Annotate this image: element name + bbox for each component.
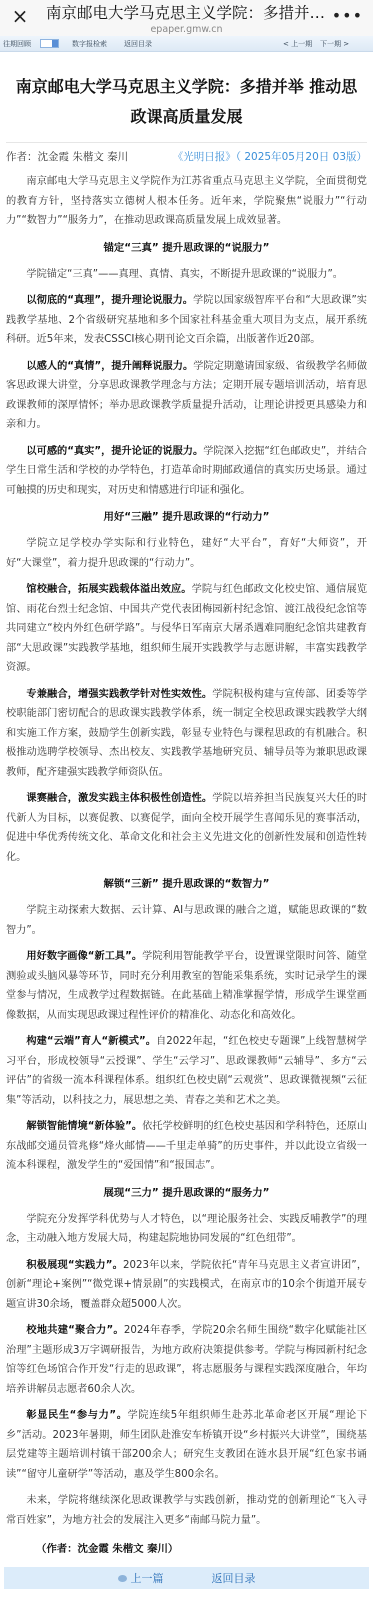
page-domain: epaper.gmw.cn	[0, 24, 373, 35]
paragraph-lead: 以可感的“真实”，提升论证的说服力。	[26, 446, 203, 457]
bottom-spacer	[0, 1589, 373, 1619]
past-review-link[interactable]: 往期回顾	[3, 39, 31, 49]
article-paragraph: 未来，学院将继续深化思政课教学与实践创新，推动党的创新理论“飞入寻常百姓家”，为…	[6, 1491, 367, 1530]
paragraph-text: 南京邮电大学马克思主义学院作为江苏省重点马克思主义学院，全面贯彻党的教育方针，坚…	[6, 176, 367, 226]
paragraph-text: 学院积极构建与宣传部、团委等学校职能部门密切配合的思政课实践教学体系，统一制定全…	[6, 689, 367, 778]
paragraph-text: 学院主动探索大数据、云计算、AI与思政课的融合之道，赋能思政课的“数智力”。	[6, 905, 367, 936]
article-paragraph: 南京邮电大学马克思主义学院作为江苏省重点马克思主义学院，全面贯彻党的教育方针，坚…	[6, 172, 367, 231]
paragraph-lead: 以感人的“真情”，提升阐释说服力。	[26, 361, 193, 372]
paragraph-text: 学院立足学校办学实际和行业特色，建好“大平台”，育好“大师资”，开好“大课堂”，…	[6, 538, 367, 569]
article-paragraph: 学院充分发挥学科优势与人才特色，以“理论服务社会、实践反哺教学”的理念，主动融入…	[6, 1210, 367, 1249]
article-paragraph: 以彻底的“真理”，提升理论说服力。学院以国家级智库平台和“大思政课”实践教学基地…	[6, 291, 367, 350]
back-to-index-link[interactable]: 返回目录	[124, 39, 152, 49]
paragraph-text: 学院锚定“三真”——真理、真情、真实，不断提升思政课的“说服力”。	[26, 269, 343, 280]
paragraph-text: 未来，学院将继续深化思政课教学与实践创新，推动党的创新理论“飞入寻常百姓家”，为…	[6, 1495, 367, 1526]
epaper-toolbar: 往期回顾 数字报检索 返回目录 < 上一期 下一期 >	[0, 36, 373, 52]
section-heading: 解锁“三新” 提升思政课的“数智力”	[6, 875, 367, 894]
article: 南京邮电大学马克思主义学院：多措并举 推动思政课高质量发展 作者：沈金霞 朱楷文…	[0, 72, 373, 1559]
more-options-icon[interactable]: •••	[332, 9, 363, 23]
paragraph-lead: 以彻底的“真理”，提升理论说服力。	[26, 295, 193, 306]
article-paragraph: 学院立足学校办学实际和行业特色，建好“大平台”，育好“大师资”，开好“大课堂”，…	[6, 534, 367, 573]
article-paragraph: 馆校融合，拓展实践载体溢出效应。学院与红色邮政文化校史馆、通信展览馆、雨花台烈士…	[6, 580, 367, 678]
paragraph-lead: 校地共建“聚合力”。	[26, 1325, 123, 1336]
article-paragraph: 彰显民生“参与力”。学院连续5年组织师生赴苏北革命老区开展“理论下乡”活动。20…	[6, 1406, 367, 1484]
paragraph-lead: 馆校融合，拓展实践载体溢出效应。	[26, 584, 191, 595]
prev-issue-link[interactable]: < 上一期	[283, 39, 312, 49]
paragraph-lead: 用好数字画像“新工具”。	[26, 951, 142, 962]
article-paragraph: 解锁智能情境“新体验”。依托学校鲜明的红色校史基因和学科特色，还原山东战邮交通员…	[6, 1117, 367, 1176]
paragraph-lead: 彰显民生“参与力”。	[26, 1410, 127, 1421]
footer-nav: 上一篇 返回目录	[4, 1567, 369, 1589]
article-paragraph: 积极展现“实践力”。2023年以来，学院依托“青年马克思主义者宣讲团”，创新“理…	[6, 1256, 367, 1315]
article-meta: 作者：沈金霞 朱楷文 秦川 《光明日报》（ 2025年05月20日 03版）	[6, 142, 367, 165]
prev-article-label: 上一篇	[131, 1570, 164, 1586]
article-byline: （作者：沈金霞 朱楷文 秦川）	[6, 1540, 367, 1559]
issue-select-dropdown[interactable]	[40, 39, 59, 48]
article-headline: 南京邮电大学马克思主义学院：多措并举 推动思政课高质量发展	[6, 72, 367, 132]
section-heading: 用好“三融” 提升思政课的“行动力”	[6, 508, 367, 527]
page-title: 南京邮电大学马克思主义学院：多措并举...	[46, 3, 329, 23]
article-source-link[interactable]: 《光明日报》（ 2025年05月20日 03版）	[173, 149, 367, 165]
next-issue-link[interactable]: 下一期 >	[320, 39, 349, 49]
paragraph-lead: 构建“云端”育人“新模式”。	[26, 1036, 156, 1047]
close-icon[interactable]: ×	[10, 6, 30, 26]
paragraph-lead: 积极展现“实践力”。	[26, 1260, 123, 1271]
article-paragraph: 以可感的“真实”，提升论证的说服力。学院深入挖掘“红色邮政史”，并结合学生日常生…	[6, 442, 367, 501]
paragraph-lead: 解锁智能情境“新体验”。	[26, 1121, 142, 1132]
digital-search-link[interactable]: 数字报检索	[72, 39, 107, 49]
article-paragraph: 学院锚定“三真”——真理、真情、真实，不断提升思政课的“说服力”。	[6, 265, 367, 285]
paragraph-text: 学院与红色邮政文化校史馆、通信展览馆、雨花台烈士纪念馆、中国共产党代表团梅园新村…	[6, 584, 367, 673]
article-paragraph: 以感人的“真情”，提升阐释说服力。学院定期邀请国家级、省级教学名师做客思政课大讲…	[6, 357, 367, 435]
article-paragraph: 课赛融合，激发实践主体积极性创造性。学院以培养担当民族复兴大任的时代新人为目标，…	[6, 789, 367, 867]
article-paragraph: 学院主动探索大数据、云计算、AI与思政课的融合之道，赋能思政课的“数智力”。	[6, 901, 367, 940]
article-body: 南京邮电大学马克思主义学院作为江苏省重点马克思主义学院，全面贯彻党的教育方针，坚…	[6, 172, 367, 1530]
paragraph-lead: 专兼融合，增强实践教学针对性实效性。	[26, 689, 212, 700]
article-paragraph: 用好数字画像“新工具”。学院利用智能教学平台，设置课堂限时问答、随堂测验或头脑风…	[6, 947, 367, 1025]
paragraph-lead: 课赛融合，激发实践主体积极性创造性。	[26, 793, 212, 804]
prev-article-button[interactable]: 上一篇	[118, 1570, 164, 1586]
article-paragraph: 构建“云端”育人“新模式”。自2022年起，“红色校史专题课”上线智慧树学习平台…	[6, 1032, 367, 1110]
section-heading: 展现“三力” 提升思政课的“服务力”	[6, 1184, 367, 1203]
article-paragraph: 校地共建“聚合力”。2024年春季，学院20余名师生围绕“数字化赋能社区治理”主…	[6, 1321, 367, 1399]
section-heading: 锚定“三真” 提升思政课的“说服力”	[6, 239, 367, 258]
browser-header: × 南京邮电大学马克思主义学院：多措并举... epaper.gmw.cn ••…	[0, 0, 373, 36]
paragraph-text: 学院充分发挥学科优势与人才特色，以“理论服务社会、实践反哺教学”的理念，主动融入…	[6, 1214, 367, 1245]
back-to-index-button[interactable]: 返回目录	[212, 1570, 256, 1586]
prev-article-icon	[118, 1575, 127, 1582]
article-author: 作者：沈金霞 朱楷文 秦川	[6, 149, 128, 165]
article-paragraph: 专兼融合，增强实践教学针对性实效性。学院积极构建与宣传部、团委等学校职能部门密切…	[6, 685, 367, 783]
